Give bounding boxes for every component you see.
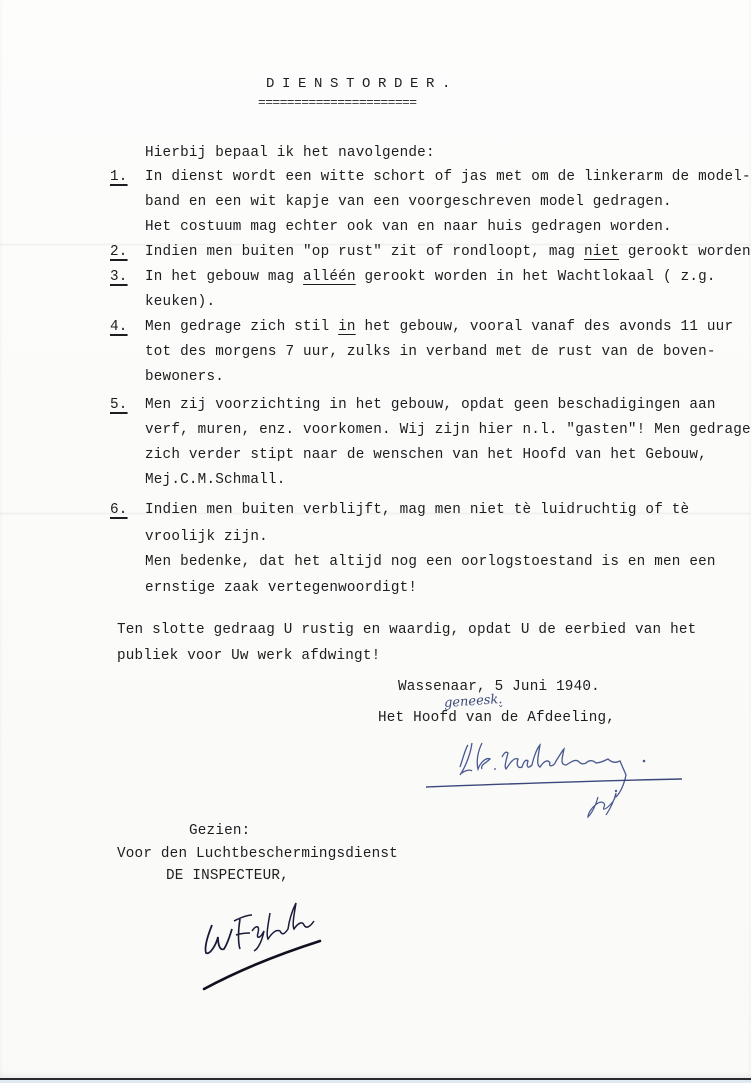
item-line: Mej.C.M.Schmall. <box>145 473 285 487</box>
emphasis-underlined-word: alléén <box>303 269 356 285</box>
item-line: Het costuum mag echter ook van en naar h… <box>145 220 672 234</box>
item-number: 6. <box>110 503 128 517</box>
emphasis-underlined-word: in <box>338 319 356 335</box>
document-title: DIENSTORDER. <box>266 77 458 91</box>
item-number: 3. <box>110 270 128 284</box>
document-sheet: DIENSTORDER. ====================== Hier… <box>0 0 751 1080</box>
item-line: bewoners. <box>145 370 224 384</box>
item-number: 5. <box>110 398 128 412</box>
item-line: Men bedenke, dat het altijd nog een oorl… <box>145 555 716 569</box>
item-number: 1. <box>110 170 128 184</box>
intro-text: Hierbij bepaal ik het navolgende: <box>145 146 435 160</box>
item-line: Indien men buiten verblijft, mag men nie… <box>145 503 689 517</box>
item-line: band en een wit kapje van een voorgeschr… <box>145 195 672 209</box>
item-number: 4. <box>110 320 128 334</box>
closing-line: Ten slotte gedraag U rustig en waardig, … <box>117 623 696 637</box>
signatory-title: Het Hoofd van de Afdeeling, <box>378 711 615 725</box>
item-line: zich verder stipt naar de wenschen van h… <box>145 448 707 462</box>
item-number: 2. <box>110 245 128 259</box>
seen-label: Gezien: <box>189 824 250 838</box>
emphasis-underlined-word: niet <box>584 244 619 260</box>
seen-organisation: Voor den Luchtbeschermingsdienst <box>117 847 398 861</box>
item-line: tot des morgens 7 uur, zulks in verband … <box>145 345 716 359</box>
signature-head-of-department: H.E. Hubbeling <box>420 735 700 825</box>
signature-inspector: W.Feltlor <box>190 885 340 995</box>
item-line: ernstige zaak vertegenwoordigt! <box>145 581 417 595</box>
item-line: verf, muren, enz. voorkomen. Wij zijn hi… <box>145 423 751 437</box>
item-line: In het gebouw mag alléén gerookt worden … <box>145 270 716 284</box>
seen-role: DE INSPECTEUR, <box>166 869 289 883</box>
item-line: Indien men buiten "op rust" zit of rondl… <box>145 245 751 259</box>
handwritten-insert: geneesk. <box>444 692 503 711</box>
item-line: Men gedrage zich stil in het gebouw, voo… <box>145 320 733 334</box>
item-line: vroolijk zijn. <box>145 530 268 544</box>
item-line: In dienst wordt een witte schort of jas … <box>145 170 751 184</box>
title-underline-rule: ====================== <box>258 96 416 109</box>
closing-line: publiek voor Uw werk afdwingt! <box>117 649 380 663</box>
item-line: keuken). <box>145 295 215 309</box>
item-line: Men zij voorzichting in het gebouw, opda… <box>145 398 716 412</box>
